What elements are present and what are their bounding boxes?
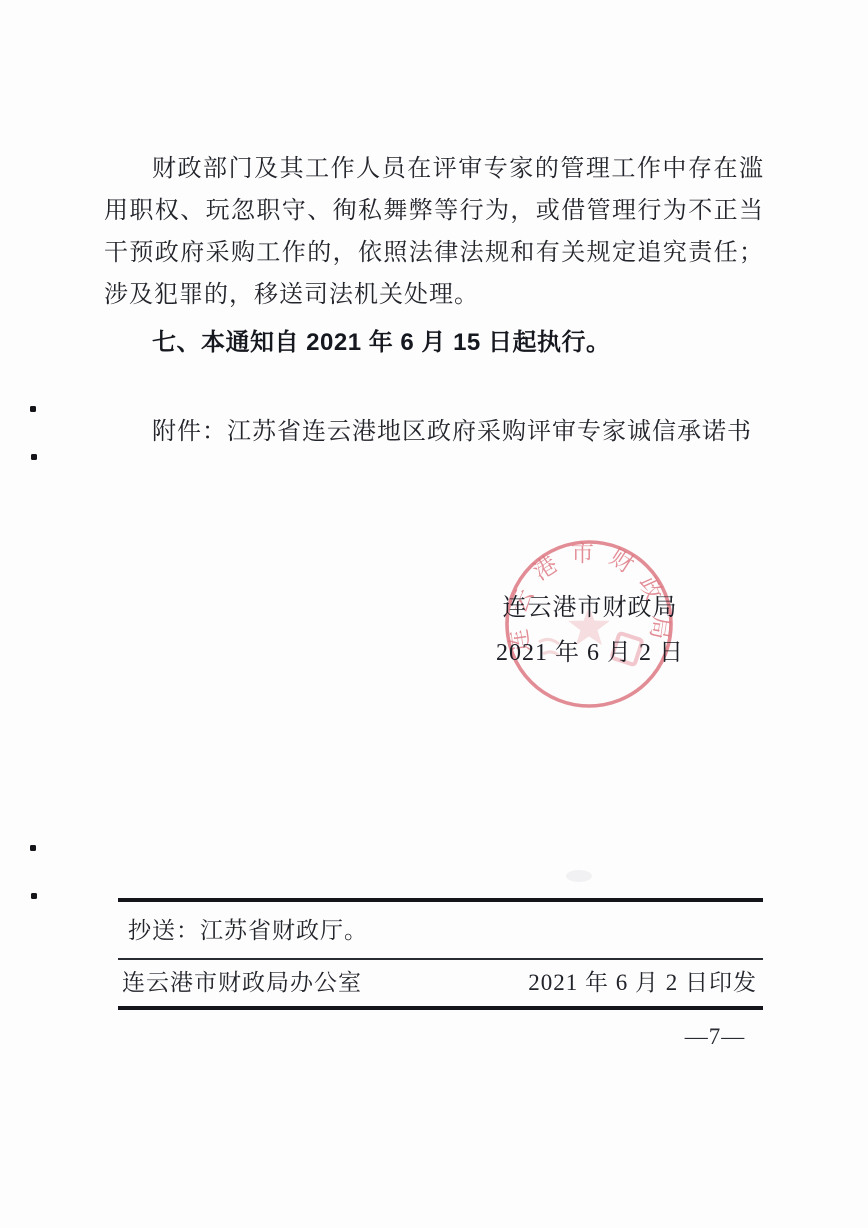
signature-block: 连云港市财政局 2021 年 6 月 2 日 [430, 592, 750, 668]
document-page: 财政部门及其工作人员在评审专家的管理工作中存在滥用职权、玩忽职守、徇私舞弊等行为… [0, 0, 868, 1228]
paragraph-item-seven: 七、本通知自 2021 年 6 月 15 日起执行。 [104, 322, 764, 364]
signature-date: 2021 年 6 月 2 日 [430, 638, 750, 668]
margin-dot [30, 406, 36, 412]
scan-smudge [566, 870, 592, 882]
document-footer: 抄送：江苏省财政厅。 连云港市财政局办公室 2021 年 6 月 2 日印发 [118, 898, 763, 1010]
cc-line: 抄送：江苏省财政厅。 [118, 902, 763, 958]
paragraph-liability: 财政部门及其工作人员在评审专家的管理工作中存在滥用职权、玩忽职守、徇私舞弊等行为… [104, 148, 764, 316]
margin-dot [31, 893, 37, 899]
attachment-line: 附件：江苏省连云港地区政府采购评审专家诚信承诺书 [104, 411, 764, 453]
body-text-block: 财政部门及其工作人员在评审专家的管理工作中存在滥用职权、玩忽职守、徇私舞弊等行为… [104, 148, 764, 453]
publisher-office: 连云港市财政局办公室 [122, 969, 362, 997]
publish-date: 2021 年 6 月 2 日印发 [528, 969, 757, 997]
signature-issuer: 连云港市财政局 [430, 592, 750, 624]
page-number: —7— [660, 1024, 770, 1050]
publisher-line: 连云港市财政局办公室 2021 年 6 月 2 日印发 [118, 960, 763, 1006]
margin-dot [31, 454, 37, 460]
margin-dot [30, 845, 36, 851]
footer-rule-bottom [118, 1006, 763, 1010]
